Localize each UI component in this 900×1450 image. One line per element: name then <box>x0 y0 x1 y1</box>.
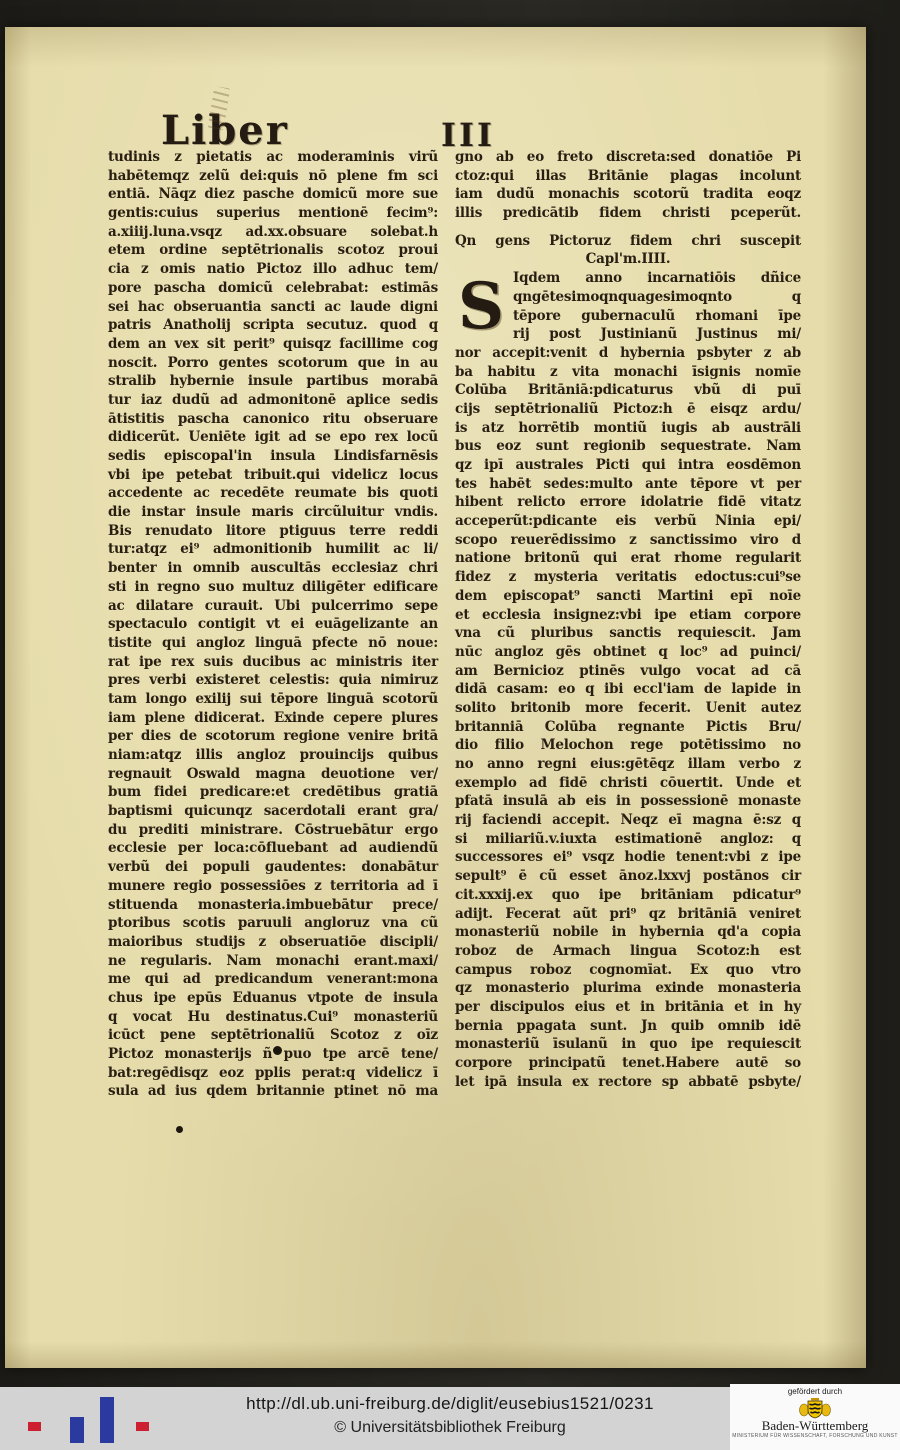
text-line: exemplo ad fidē christi cōuertit. Unde e… <box>455 774 801 793</box>
text-line: gentis:cuius superius mentionē fecim⁹: <box>108 204 438 223</box>
text-line: natione britonũ qui erat rhome regularit <box>455 549 801 568</box>
text-line: gno ab eo freto discreta:sed donatiōe Pi <box>455 148 801 167</box>
left-text-column: tudinis z pietatis ac moderaminis virũha… <box>108 148 438 1101</box>
text-line: am Bernicioz ptinēs vulgo vocat ad cā <box>455 662 801 681</box>
text-line: ba habitu z vita monachi īsignis nomīe <box>455 363 801 382</box>
text-line: corpore principatũ tenet.Habere autē so <box>455 1054 801 1073</box>
text-line: tēpore gubernaculũ rhomani īpe <box>513 307 801 326</box>
text-line: rij faciendi accepit. Neqz eī magna ē:sz… <box>455 811 801 830</box>
text-line: pore pascha domicũ celebrabat: estimās <box>108 279 438 298</box>
funding-label: gefördert durch <box>788 1387 842 1396</box>
text-line: didicerũt. Ueniēte igit ad se epo rex lo… <box>108 428 438 447</box>
text-line: qz ipī australes Picti qui intra eosdēmo… <box>455 456 801 475</box>
text-line: fidez z mysteria veritatis edoctus:cui⁹s… <box>455 568 801 587</box>
text-line: solito britonib more fecerit. Uenit aute… <box>455 699 801 718</box>
text-line: monasteriũ īsulanũ in quo ipe requiescit <box>455 1035 801 1054</box>
ink-blot <box>176 1126 183 1133</box>
text-line: Bis renudato litore ptiguus terre reddi <box>108 522 438 541</box>
text-line: scopo reuerēdissimo z sanctissimo viro d <box>455 531 801 550</box>
text-line: tudinis z pietatis ac moderaminis virũ <box>108 148 438 167</box>
text-line: roboz de Armach lingua Scotoz:h est <box>455 942 801 961</box>
chapter-four-body: S Iqdem anno incarnatiōis dñiceqngētesim… <box>455 269 801 1091</box>
chapter-heading: Qn gens Pictoruz fidem chri suscepit <box>455 232 801 251</box>
right-text-column: gno ab eo freto discreta:sed donatiōe Pi… <box>455 148 801 1091</box>
book-scan-background: Liber III tudinis z pietatis ac moderami… <box>0 0 900 1387</box>
text-line: pres verbi existeret celestis: quia nimi… <box>108 671 438 690</box>
bw-region-name: Baden-Württemberg <box>762 1419 869 1433</box>
text-line: bum fidei predicare:et credētibus gratiā <box>108 783 438 802</box>
text-line: stituenda monasteria.imbuebātur prece/ <box>108 896 438 915</box>
text-line: is atz horrētib montiũ iugis ab austrāli <box>455 419 801 438</box>
text-line: ptoribus scotis paruuli angloruz vna cũ <box>108 914 438 933</box>
text-line: ecclesie per loca:cōfluebant ad audiendũ <box>108 839 438 858</box>
text-line: Colūba Britāniā:pdicaturus vbũ di puī <box>455 381 801 400</box>
text-line: rij post Justinianũ Justinus mi/ <box>513 325 801 344</box>
text-line: chus ipe epūs Eduanus vtpote de insula <box>108 989 438 1008</box>
text-line: dem an vex sit perit⁹ quisqz facillime c… <box>108 335 438 354</box>
text-line: q vocat Hu destinatus.Cui⁹ monasteriũ <box>108 1008 438 1027</box>
text-line: tes habēt sedes:multo ante tēpore vt per <box>455 475 801 494</box>
bw-funding-box: gefördert durch Baden-Württemberg MINIST… <box>730 1384 900 1450</box>
text-line: iam dudũ monachis scotorũ tradita eoqz <box>455 185 801 204</box>
text-line: die instar insule maris circũluitur vndi… <box>108 503 438 522</box>
text-line: let ipā insula ex rectore sp abbatē psby… <box>455 1073 801 1092</box>
text-line: ne regularis. Nam monachi erant.maxi/ <box>108 952 438 971</box>
text-line: no anno regni eius:gētēqz illam verbo z <box>455 755 801 774</box>
text-line: baptismi quicunqz sacerdotali erant gra/ <box>108 802 438 821</box>
text-line: successores ei⁹ vsqz hodie tenent:vbi z … <box>455 848 801 867</box>
text-line: regnauit Oswald magna deuotione ver/ <box>108 765 438 784</box>
text-line: niam:atqz illis angloz prouincijs quibus <box>108 746 438 765</box>
text-line: sedis episcopal'in insula Lindisfarnēsis <box>108 447 438 466</box>
text-line: maioribus studijs z obseruatiōe discipli… <box>108 933 438 952</box>
text-line: spectaculo contigit vt ei euāgelizante a… <box>108 615 438 634</box>
text-line: per dies de scotorum regione venire brit… <box>108 727 438 746</box>
text-line: adijt. Fecerat aũt pri⁹ qz britāniā veni… <box>455 905 801 924</box>
text-line: nor accepit:venit d hybernia psbyter z a… <box>455 344 801 363</box>
text-line: ac dilatare curauit. Ubi pulcerrimo sepe <box>108 597 438 616</box>
text-line: rat ipe rex suis ducibus ac ministris it… <box>108 653 438 672</box>
text-line: ātistitis pascha canonico ritu obseruare <box>108 410 438 429</box>
ink-blot <box>273 1046 282 1055</box>
text-line: sei hac obseruantia sancti ac laude dign… <box>108 298 438 317</box>
text-line: cijs septētrionaliũ Pictoz:h ē eisqz ard… <box>455 400 801 419</box>
text-line: Iqdem anno incarnatiōis dñice <box>513 269 801 288</box>
chapter-number: Capl'm.IIII. <box>455 250 801 269</box>
text-line: campus roboz cognomīat. Ex quo vtro <box>455 961 801 980</box>
text-line: dem episcopat⁹ sancti Martini epī noīe <box>455 587 801 606</box>
text-line: tur:atqz ei⁹ admonitionib humilit ac li/ <box>108 540 438 559</box>
text-line: si miliariũ.v.iuxta estimationē angloz: … <box>455 830 801 849</box>
drop-cap-initial: S <box>453 272 509 344</box>
text-line: qz monasterio plurima exinde monasteria <box>455 979 801 998</box>
text-line: stralib hybernie insule partibus morabā <box>108 372 438 391</box>
text-line: etem ordine septētrionalis scotoz proui <box>108 241 438 260</box>
text-line: accedente ac recedēte reumate bis quoti <box>108 484 438 503</box>
text-line: cia z omis natio Pictoz illo adhuc tem/ <box>108 260 438 279</box>
text-line: noscit. Porro gentes scotorum que in au <box>108 354 438 373</box>
text-line: habētemqz zelũ dei:quis nō plene fm sci <box>108 167 438 186</box>
text-line: iam plene didicerat. Exinde cepere plure… <box>108 709 438 728</box>
text-line: tistite qui angloz linguā pfecte nō noue… <box>108 634 438 653</box>
footer-bar: http://dl.ub.uni-freiburg.de/diglit/euse… <box>0 1387 900 1450</box>
parchment-page: Liber III tudinis z pietatis ac moderami… <box>5 27 866 1368</box>
text-line: monasteriũ nobile in hybernia qd'a copia <box>455 923 801 942</box>
text-line: munere regio possessiōes z territoria ad… <box>108 877 438 896</box>
text-line: tur iaz dudũ ad admonitonē aplice sedis <box>108 391 438 410</box>
text-line: sepult⁹ ē cũ esset ānoz.lxxvj postānos c… <box>455 867 801 886</box>
text-line: per discipulos eius et in britānia et in… <box>455 998 801 1017</box>
text-line: pfatā insulā ab eis in possessionē monas… <box>455 792 801 811</box>
chapter-full-lines: nor accepit:venit d hybernia psbyter z a… <box>455 344 801 1092</box>
bw-ministry-line: MINISTERIUM FÜR WISSENSCHAFT, FORSCHUNG … <box>732 1433 898 1440</box>
text-line: bus eoz sunt regionib sequestrate. Nam <box>455 437 801 456</box>
text-line: me qui ad predicandum venerant:mona <box>108 970 438 989</box>
text-line: patris Anatholij scripta secutuz. quod q <box>108 316 438 335</box>
text-line: du prediti ministrare. Cōstruebātur ergo <box>108 821 438 840</box>
text-line: dio filio Melochon rege potētissimo no <box>455 736 801 755</box>
text-line: bat:regēdisqz eoz pplis perat:q videlicz… <box>108 1064 438 1083</box>
text-line: icūct pene septētrionaliũ Scotoz z oīz <box>108 1026 438 1045</box>
text-line: vbi ipe petebat tribuit.qui videlicz loc… <box>108 466 438 485</box>
text-line: verbũ dei populi gaudentes: donabātur <box>108 858 438 877</box>
chapter-indented-lines: Iqdem anno incarnatiōis dñiceqngētesimoq… <box>513 269 801 344</box>
text-line: et ecclesia insignez:vbi ipe etiam corpo… <box>455 606 801 625</box>
text-line: sti in regno suo multuz diligēter edific… <box>108 578 438 597</box>
text-line: ctoz:qui illas Britānie plagas incolunt <box>455 167 801 186</box>
text-line: nūc angloz gēs obtinet q loc⁹ ad puinci/ <box>455 643 801 662</box>
text-line: didā casam: eo q ibi eccl'iam de lapide … <box>455 680 801 699</box>
text-line: acceperũt:pdicante eis verbũ Ninia epi/ <box>455 512 801 531</box>
text-line: qngētesimoqnquagesimoqnto q <box>513 288 801 307</box>
text-line: hibent relicto errore idolatrie fidē vit… <box>455 493 801 512</box>
text-line: vna cũ pluribus sanctis requiescit. Jam <box>455 624 801 643</box>
text-line: benter in omnib auscultās ecclesiaz chri <box>108 559 438 578</box>
text-line: britanniā Colūba regnante Pictis Bru/ <box>455 718 801 737</box>
text-line: tam longo exilij sui tēpore linguā scoto… <box>108 690 438 709</box>
text-line: a.xiiij.luna.vsqz ad.xx.obsuare solebat.… <box>108 223 438 242</box>
text-line: sula ad ius qdem britannie ptinet nō ma <box>108 1082 438 1101</box>
bw-coat-of-arms-icon <box>798 1397 832 1419</box>
text-line: illis predicātib fidem christi pceperũt. <box>455 204 801 223</box>
chapter-three-end: gno ab eo freto discreta:sed donatiōe Pi… <box>455 148 801 223</box>
text-line: bernia ppagata sunt. Jn quib omnib idē <box>455 1017 801 1036</box>
text-line: entiā. Nāqz diez pasche domicũ more sue <box>108 185 438 204</box>
text-line: cit.xxxij.ex quo ipe britāniam pdicatur⁹ <box>455 886 801 905</box>
